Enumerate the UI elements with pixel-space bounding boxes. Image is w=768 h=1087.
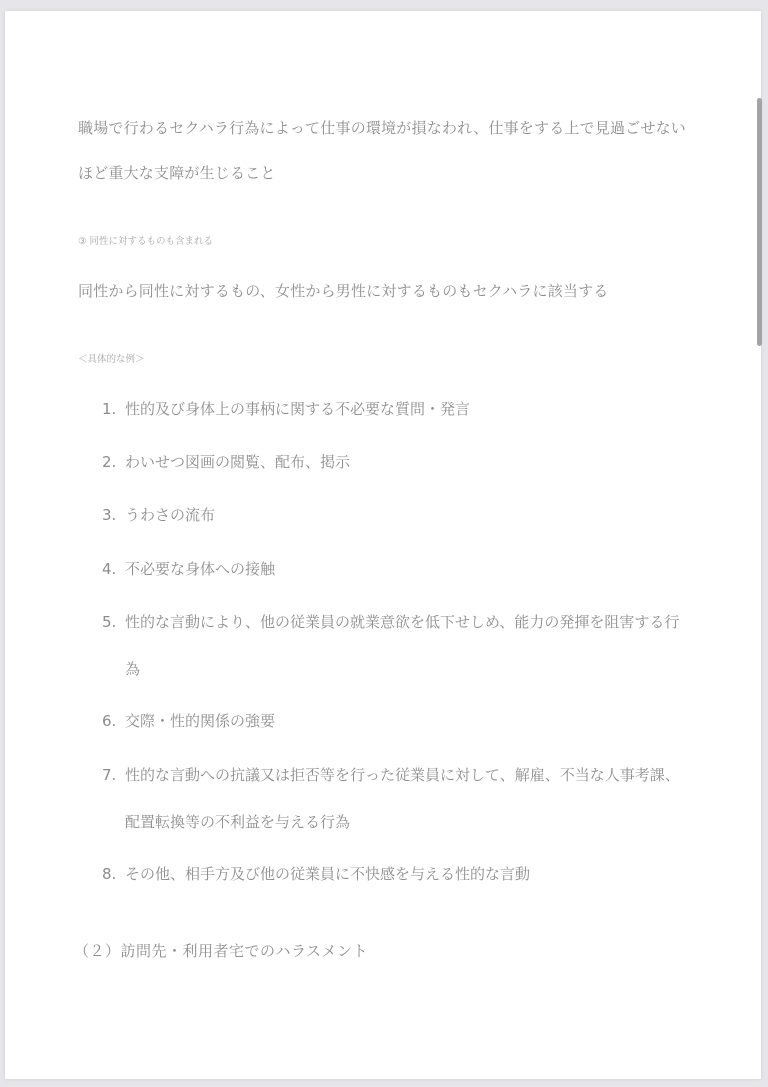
list-item-number: 2.: [102, 439, 122, 486]
examples-label: ＜具体的な例＞: [78, 351, 145, 365]
intro-paragraph-line-1: 職場で行わるセクハラ行為によって仕事の環境が損なわれ、仕事をする上で見過ごせない: [78, 105, 686, 152]
section-heading: （２）訪問先・利用者宅でのハラスメント: [74, 936, 368, 966]
document-page: 職場で行わるセクハラ行為によって仕事の環境が損なわれ、仕事をする上で見過ごせない…: [5, 11, 761, 1079]
list-item-text: 性的な言動への抗議又は拒否等を行った従業員に対して、解雇、不当な人事考課、: [125, 752, 680, 799]
list-item-text: 交際・性的関係の強要: [125, 698, 275, 745]
list-item-number: 1.: [102, 386, 122, 433]
list-item-number: 8.: [102, 851, 122, 898]
list-item-text: その他、相手方及び他の従業員に不快感を与える性的な言動: [125, 851, 530, 898]
subsection-note: ③ 同性に対するものも含まれる: [78, 233, 213, 247]
vertical-scrollbar-thumb[interactable]: [757, 98, 762, 346]
list-item-number: 7.: [102, 752, 122, 799]
list-item-text: うわさの流布: [125, 492, 215, 539]
list-item-number: 4.: [102, 546, 122, 593]
list-item-text-continuation: 為: [125, 646, 140, 693]
list-item-number: 3.: [102, 492, 122, 539]
list-item-number: 5.: [102, 599, 122, 646]
list-item-text-continuation: 配置転換等の不利益を与える行為: [125, 799, 350, 846]
list-item-text: わいせつ図画の閲覧、配布、掲示: [125, 439, 350, 486]
list-item-text: 性的及び身体上の事柄に関する不必要な質問・発言: [125, 386, 470, 433]
intro-paragraph-line-2: ほど重大な支障が生じること: [78, 150, 276, 197]
list-item-text: 不必要な身体への接触: [125, 546, 275, 593]
list-item-number: 6.: [102, 698, 122, 745]
list-item-text: 性的な言動により、他の従業員の就業意欲を低下せしめ、能力の発揮を阻害する行: [125, 599, 679, 646]
same-sex-paragraph: 同性から同性に対するもの、女性から男性に対するものもセクハラに該当する: [78, 268, 609, 315]
